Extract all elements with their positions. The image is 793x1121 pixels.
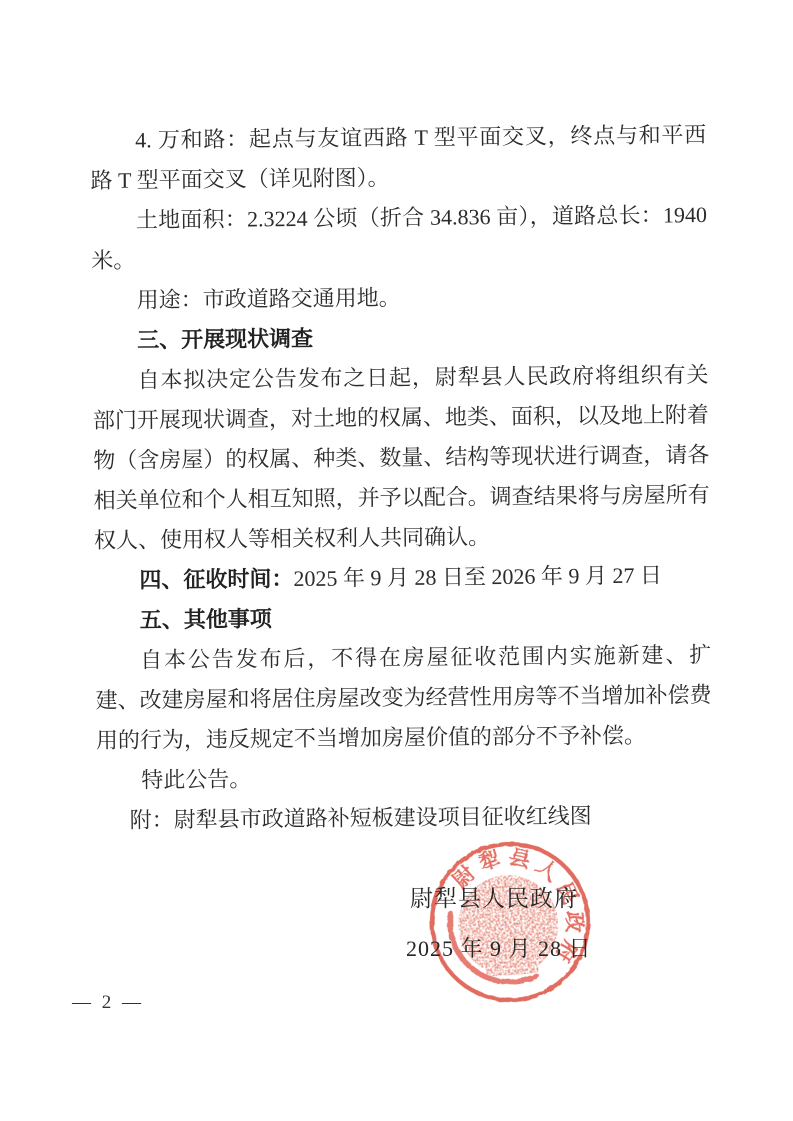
heading-section4: 四、征收时间： — [139, 566, 293, 592]
paragraph-collection-period: 四、征收时间：2025 年 9 月 28 日至 2026 年 9 月 27 日 — [94, 555, 710, 601]
signature-date: 2025 年 9 月 28 日 — [406, 932, 592, 963]
signature-issuer: 尉犁县人民政府 — [410, 880, 578, 913]
heading-section5: 五、其他事项 — [95, 595, 711, 641]
official-seal: 尉犁县人民政府 — [419, 831, 600, 1012]
page-number: — 2 — — [72, 992, 144, 1014]
document-page: 4. 万和路：起点与友谊西路 T 型平面交叉，终点与和平西路 T 型平面交叉（详… — [0, 0, 793, 1121]
heading-section3: 三、开展现状调查 — [92, 315, 708, 361]
paragraph-closing: 特此公告。 — [96, 755, 712, 801]
paragraph-survey: 自本拟决定公告发布之日起，尉犁县人民政府将组织有关部门开展现状调查，对土地的权属… — [92, 355, 710, 561]
paragraph-restrictions: 自本公告发布后，不得在房屋征收范围内实施新建、扩建、改建房屋和将居住房屋改变为经… — [95, 635, 712, 761]
attachment-note: 附：尉犁县市政道路补短板建设项目征收红线图 — [97, 795, 713, 841]
paragraph-road4: 4. 万和路：起点与友谊西路 T 型平面交叉，终点与和平西路 T 型平面交叉（详… — [90, 115, 707, 201]
seal-ring — [427, 839, 594, 1006]
paragraph-usage: 用途：市政道路交通用地。 — [92, 275, 708, 321]
paragraph-land-area: 土地面积：2.3224 公顷（折合 34.836 亩），道路总长：1940 米。 — [91, 195, 708, 281]
section4-value: 2025 年 9 月 28 日至 2026 年 9 月 27 日 — [293, 562, 662, 591]
document-body: 4. 万和路：起点与友谊西路 T 型平面交叉，终点与和平西路 T 型平面交叉（详… — [90, 115, 713, 841]
